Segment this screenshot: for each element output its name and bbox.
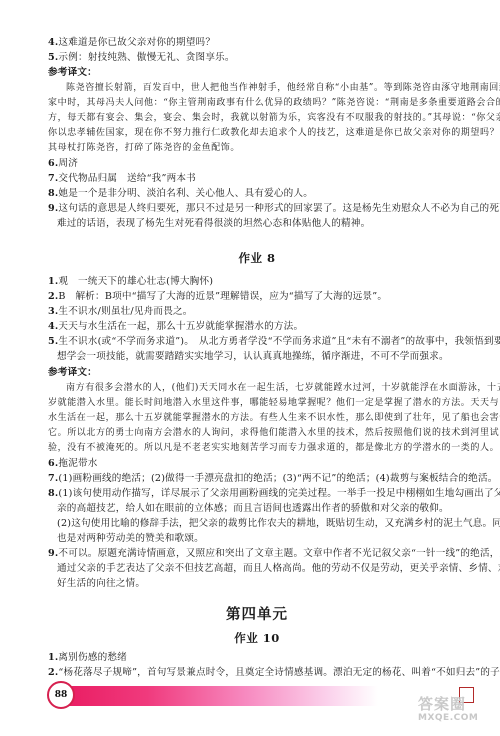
translation-line: 方，每天都有宴会、集会，宴会、集会时，我就以射箭为乐，宾客没有不叹服我的射技的。…: [48, 111, 500, 125]
translation-line: 水生活在一起，那么十五岁就能掌握潜水的方法。有些人生来不识水性，那么即使到了壮年…: [48, 411, 500, 425]
answer-item: 6.拖泥带水: [48, 457, 98, 471]
answer-item: 8.她是一个是非分明、淡泊名利、关心他人、具有爱心的人。: [48, 187, 313, 201]
answer-item-continuation: 通过父亲的手艺表达了父亲不但技艺高超，而且人格高尚。他的劳动不仅是劳动，更关乎亲…: [57, 562, 500, 576]
watermark-url: MXQE.COM: [418, 713, 478, 723]
answer-item-continuation: 想学会一项技能，就需要踏踏实实地学习，认认真真地操练，循序渐进，不可不学而强求。: [57, 350, 449, 364]
answer-item-continuation: (2)这句使用比喻的修辞手法，把父亲的裁剪比作农夫的耕地，既贴切生动，又充满乡村…: [57, 517, 500, 531]
answer-item: 4.天天与水生活在一起，那么十五岁就能掌握潜水的方法。: [48, 320, 303, 334]
answer-item: 9.这句话的意思是人终归要死，那只不过是另一种形式的回家罢了。这是杨先生劝慰众人…: [48, 202, 500, 216]
section-heading-homework-8: 作业 8: [48, 250, 466, 266]
watermark-logo-text: 答案圈: [418, 693, 466, 714]
translation-label: 参考译文：: [48, 66, 97, 80]
translation-line: 验，没有不被淹死的。所以凡是不老老实实地刻苦学习而专力强求道的，都是像北方的学潜…: [48, 441, 499, 455]
answer-item: 5.生不识水(或“不学而务求道”)。 从北方勇者学没“不学而务求道”且“未有不溺…: [48, 335, 500, 349]
translation-line: 南方有很多会潜水的人，(他们)天天同水在一起生活，七岁就能蹚水过河，十岁就能浮在…: [66, 381, 500, 395]
watermark: 答案圈 MXQE.COM: [418, 693, 466, 714]
translation-line: 你以忠孝辅佐国家，现在你不努力推行仁政教化却去追求个人的技艺，这难道是你已故父亲…: [48, 126, 500, 140]
answer-item-continuation: 亲的高超技艺，给人如在眼前的立体感；而且言语间也透露出作者的骄傲和对父亲的敬仰。: [57, 502, 449, 516]
section-heading-homework-10: 作业 10: [48, 630, 466, 646]
answer-item: 1.离别伤感的愁绪: [48, 651, 127, 665]
translation-line: 陈尧咨擅长射箭，百发百中，世人把他当作神射手，他经常自称“小由基”。等到陈尧咨由…: [66, 81, 500, 95]
translation-label: 参考译文：: [48, 366, 97, 380]
answer-item: 7.(1)画粉画线的绝活；(2)做得一手漂亮盘扣的绝活；(3)“两不记”的绝活；…: [48, 472, 498, 486]
answer-item: 7.交代物品归属 送给“我”两本书: [48, 172, 196, 186]
unit-heading: 第四单元: [48, 603, 466, 624]
answer-item: 8.(1)该句使用动作描写，详尽展示了父亲用画粉画线的完美过程。一举手一投足中栩…: [48, 487, 500, 501]
answer-item: 5.示例：射技纯熟、傲慢无礼、贪图享乐。: [48, 51, 235, 65]
page-number-badge: 88: [47, 681, 75, 709]
answer-item: 9.不可以。原题充满诗情画意，又照应和突出了文章主题。文章中作者不光记叙父亲“一…: [48, 547, 500, 561]
answer-item: 3.生不识水/则虽壮/见舟而畏之。: [48, 305, 193, 319]
answer-item: 4.这难道是你已故父亲对你的期望吗？: [48, 36, 215, 50]
answer-item-continuation: 好生活的向往之情。: [57, 577, 145, 591]
answer-item: 6.周济: [48, 157, 78, 171]
answer-item-continuation: 也是对两种劳动美的赞美和歌颂。: [57, 532, 204, 546]
answer-item: 2.B 解析：B项中“描写了大海的近景”理解错误，应为“描写了大海的远景”。: [48, 290, 387, 304]
footer-gradient-bar: [48, 686, 378, 706]
translation-line: 其母杖打陈尧咨，打碎了陈尧咨的金鱼配饰。: [48, 141, 240, 155]
answer-item: 2.“杨花落尽子规啼”，首句写景兼点时令，且奠定全诗情感基调。漂泊无定的杨花、叫…: [48, 666, 500, 680]
answer-item: 1.观 一统天下的雄心壮志(博大胸怀): [48, 275, 213, 289]
answer-item-continuation: 难过的话语，表现了杨先生对死看得很淡的坦然心态和体贴他人的精神。: [57, 217, 370, 231]
translation-line: 它。所以北方的勇士向南方会潜水的人询问，求得他们能潜入水里的技术，然后按照他们说…: [48, 426, 499, 440]
translation-line: 岁就能潜入水里。能长时间地潜入水里这件事，哪能轻易地掌握呢？他们一定是掌握了潜水…: [48, 396, 499, 410]
translation-line: 家中时，其母冯夫人问他：“你主管荆南政事有什么优异的政绩吗？”陈尧咨说：“荆南是…: [48, 96, 500, 110]
